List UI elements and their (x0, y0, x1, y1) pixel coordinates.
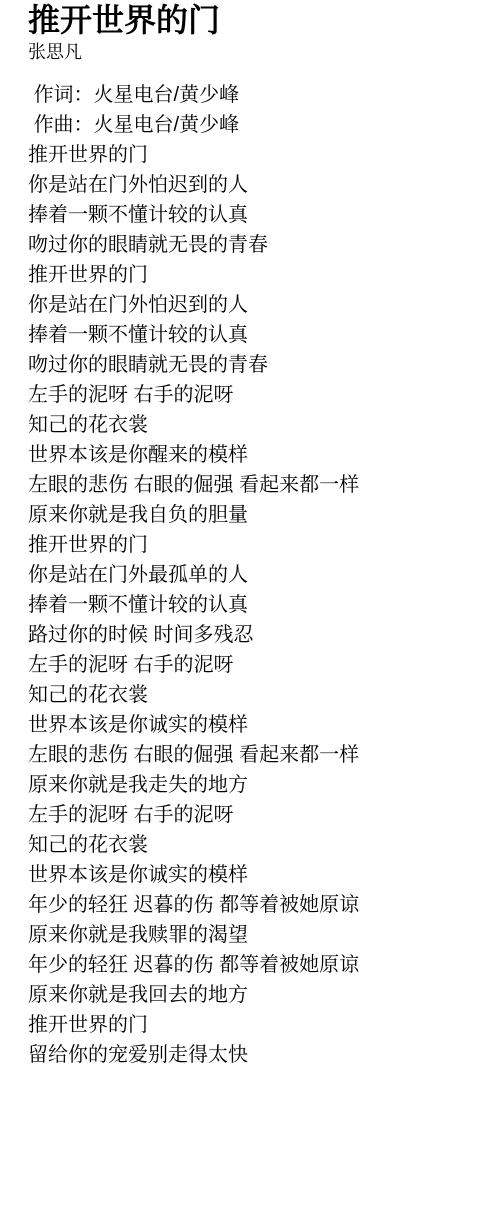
lyric-line: 推开世界的门 (28, 140, 490, 170)
lyric-line: 左手的泥呀 右手的泥呀 (28, 650, 490, 680)
lyric-line: 原来你就是我回去的地方 (28, 980, 490, 1010)
lyric-line: 你是站在门外怕迟到的人 (28, 170, 490, 200)
lyric-line: 推开世界的门 (28, 530, 490, 560)
lyric-line: 左眼的悲伤 右眼的倔强 看起来都一样 (28, 740, 490, 770)
lyric-line: 吻过你的眼睛就无畏的青春 (28, 230, 490, 260)
lyric-line: 留给你的宠爱别走得太快 (28, 1040, 490, 1070)
lyric-line: 世界本该是你醒来的模样 (28, 440, 490, 470)
lyric-line: 年少的轻狂 迟暮的伤 都等着被她原谅 (28, 890, 490, 920)
lyrics-block: 作词：火星电台/黄少峰 作曲：火星电台/黄少峰推开世界的门你是站在门外怕迟到的人… (28, 80, 490, 1070)
lyrics-page: 推开世界的门 张思凡 作词：火星电台/黄少峰 作曲：火星电台/黄少峰推开世界的门… (0, 0, 500, 1070)
lyric-line: 捧着一颗不懂计较的认真 (28, 590, 490, 620)
lyric-line: 推开世界的门 (28, 260, 490, 290)
lyric-line: 左手的泥呀 右手的泥呀 (28, 800, 490, 830)
lyric-line: 知己的花衣裳 (28, 680, 490, 710)
artist-name: 张思凡 (28, 40, 490, 64)
lyric-line: 左眼的悲伤 右眼的倔强 看起来都一样 (28, 470, 490, 500)
lyric-line: 路过你的时候 时间多残忍 (28, 620, 490, 650)
page-title: 推开世界的门 (28, 0, 490, 40)
lyric-line: 知己的花衣裳 (28, 410, 490, 440)
lyric-line: 世界本该是你诚实的模样 (28, 860, 490, 890)
lyric-line: 推开世界的门 (28, 1010, 490, 1040)
lyric-line: 知己的花衣裳 (28, 830, 490, 860)
lyric-line: 原来你就是我走失的地方 (28, 770, 490, 800)
lyric-line: 作词：火星电台/黄少峰 (28, 80, 490, 110)
lyric-line: 你是站在门外怕迟到的人 (28, 290, 490, 320)
lyric-line: 原来你就是我赎罪的渴望 (28, 920, 490, 950)
lyric-line: 世界本该是你诚实的模样 (28, 710, 490, 740)
lyric-line: 捧着一颗不懂计较的认真 (28, 320, 490, 350)
lyric-line: 作曲：火星电台/黄少峰 (28, 110, 490, 140)
lyric-line: 原来你就是我自负的胆量 (28, 500, 490, 530)
lyric-line: 吻过你的眼睛就无畏的青春 (28, 350, 490, 380)
lyric-line: 左手的泥呀 右手的泥呀 (28, 380, 490, 410)
lyric-line: 年少的轻狂 迟暮的伤 都等着被她原谅 (28, 950, 490, 980)
lyric-line: 捧着一颗不懂计较的认真 (28, 200, 490, 230)
lyric-line: 你是站在门外最孤单的人 (28, 560, 490, 590)
